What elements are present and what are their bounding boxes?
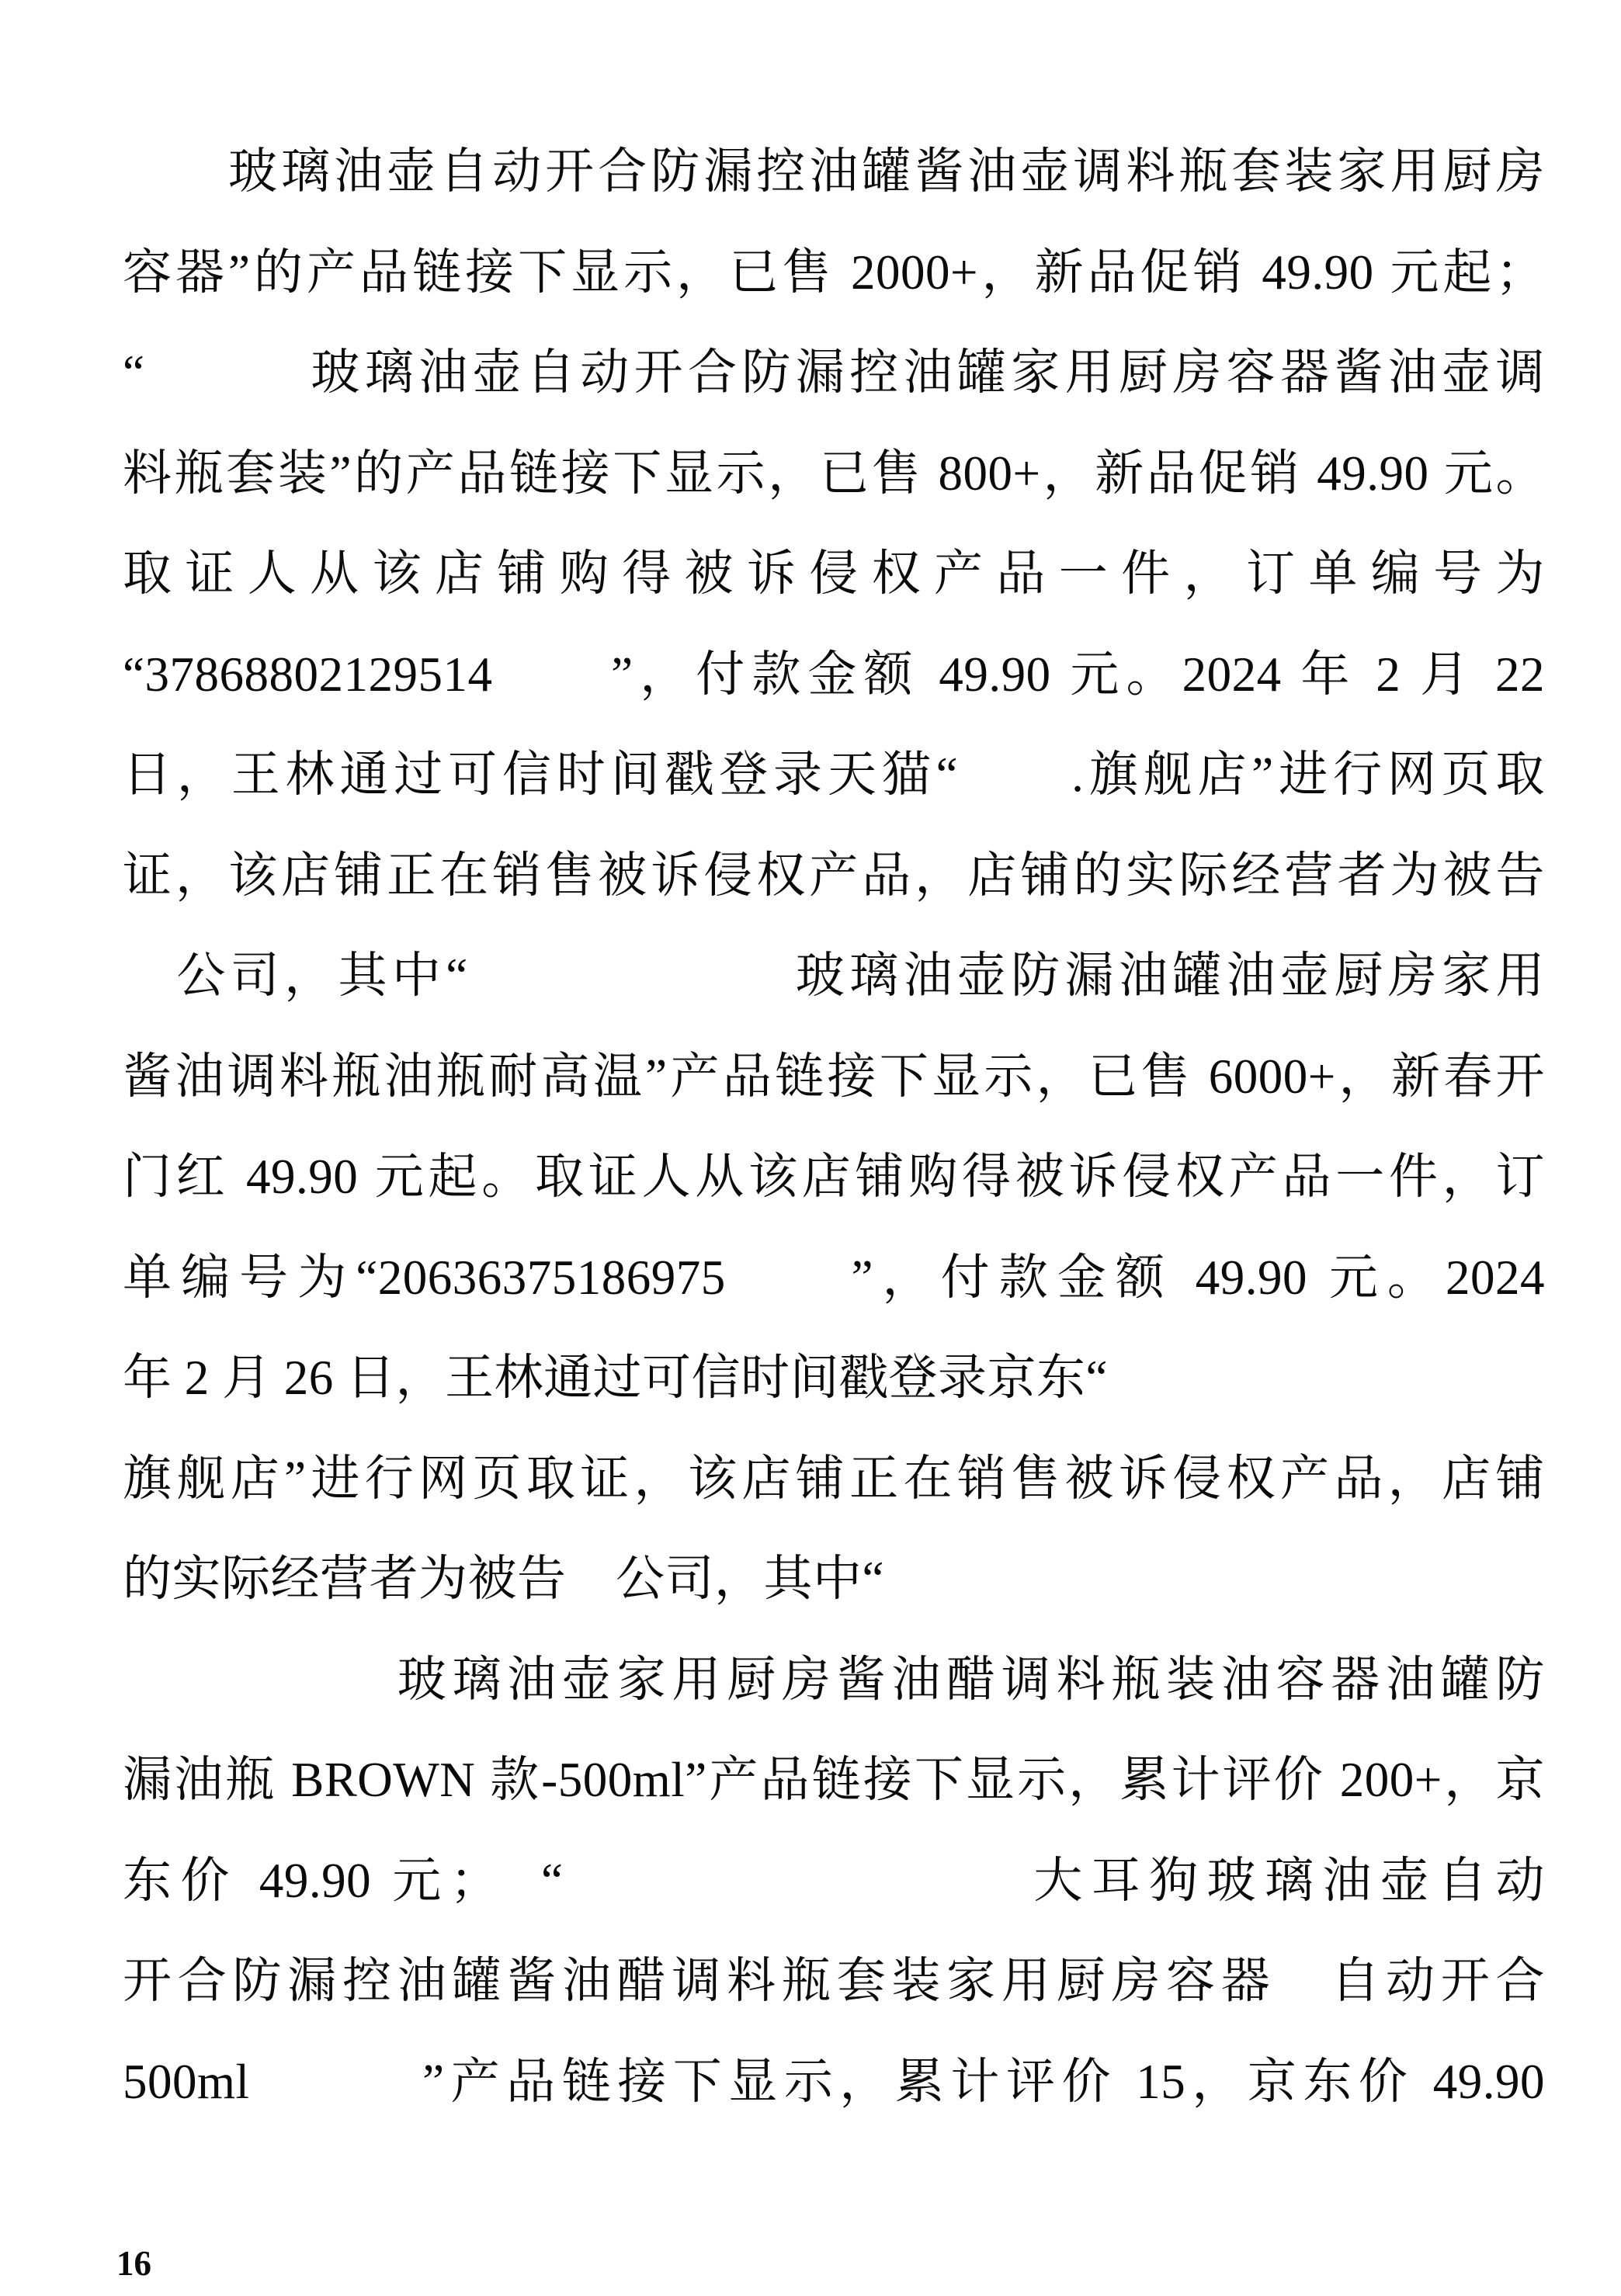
text-line-1: 玻璃油壶自动开合防漏控油罐酱油壶调料瓶套装家用厨房 — [123, 122, 1545, 223]
text-line-11: 门红 49.90 元起。取证人从该店铺购得被诉侵权产品一件，订 — [123, 1127, 1545, 1228]
text-line-10: 酱油调料瓶油瓶耐高温”产品链接下显示，已售 6000+，新春开 — [123, 1027, 1545, 1128]
text-line-6: “37868802129514 ”，付款金额 49.90 元。2024 年 2 … — [123, 625, 1545, 726]
text-line-14: 旗舰店”进行网页取证，该店铺正在销售被诉侵权产品，店铺 — [123, 1429, 1545, 1530]
text-line-7: 日，王林通过可信时间戳登录天猫“ .旗舰店”进行网页取 — [123, 725, 1545, 826]
text-line-9: 公司，其中“ 玻璃油壶防漏油罐油壶厨房家用 — [123, 926, 1545, 1027]
text-line-12: 单编号为“20636375186975 ”，付款金额 49.90 元。2024 — [123, 1228, 1545, 1329]
scanned-document-page: 玻璃油壶自动开合防漏控油罐酱油壶调料瓶套装家用厨房 容器”的产品链接下显示，已售… — [0, 0, 1621, 2296]
text-line-3: “ 玻璃油壶自动开合防漏控油罐家用厨房容器酱油壶调 — [123, 323, 1545, 424]
text-line-17: 漏油瓶 BROWN 款-500ml”产品链接下显示，累计评价 200+，京 — [123, 1730, 1545, 1831]
text-line-13: 年 2 月 26 日，王林通过可信时间戳登录京东“ — [123, 1328, 1545, 1429]
page-number: 16 — [116, 2246, 151, 2281]
text-line-4: 料瓶套装”的产品链接下显示，已售 800+，新品促销 49.90 元。 — [123, 424, 1545, 525]
text-line-18: 东价 49.90 元； “ 大耳狗玻璃油壶自动 — [123, 1831, 1545, 1932]
text-line-15: 的实际经营者为被告 公司，其中“ — [123, 1529, 1545, 1630]
text-line-2: 容器”的产品链接下显示，已售 2000+，新品促销 49.90 元起； — [123, 223, 1545, 324]
body-text: 玻璃油壶自动开合防漏控油罐酱油壶调料瓶套装家用厨房 容器”的产品链接下显示，已售… — [123, 122, 1545, 2132]
text-line-5: 取证人从该店铺购得被诉侵权产品一件，订单编号为 — [123, 524, 1545, 625]
text-line-20: 500ml ”产品链接下显示，累计评价 15，京东价 49.90 — [123, 2032, 1545, 2133]
text-line-19: 开合防漏控油罐酱油醋调料瓶套装家用厨房容器 自动开合 — [123, 1931, 1545, 2032]
text-line-16: 玻璃油壶家用厨房酱油醋调料瓶装油容器油罐防 — [123, 1630, 1545, 1731]
text-line-8: 证，该店铺正在销售被诉侵权产品，店铺的实际经营者为被告 — [123, 826, 1545, 927]
